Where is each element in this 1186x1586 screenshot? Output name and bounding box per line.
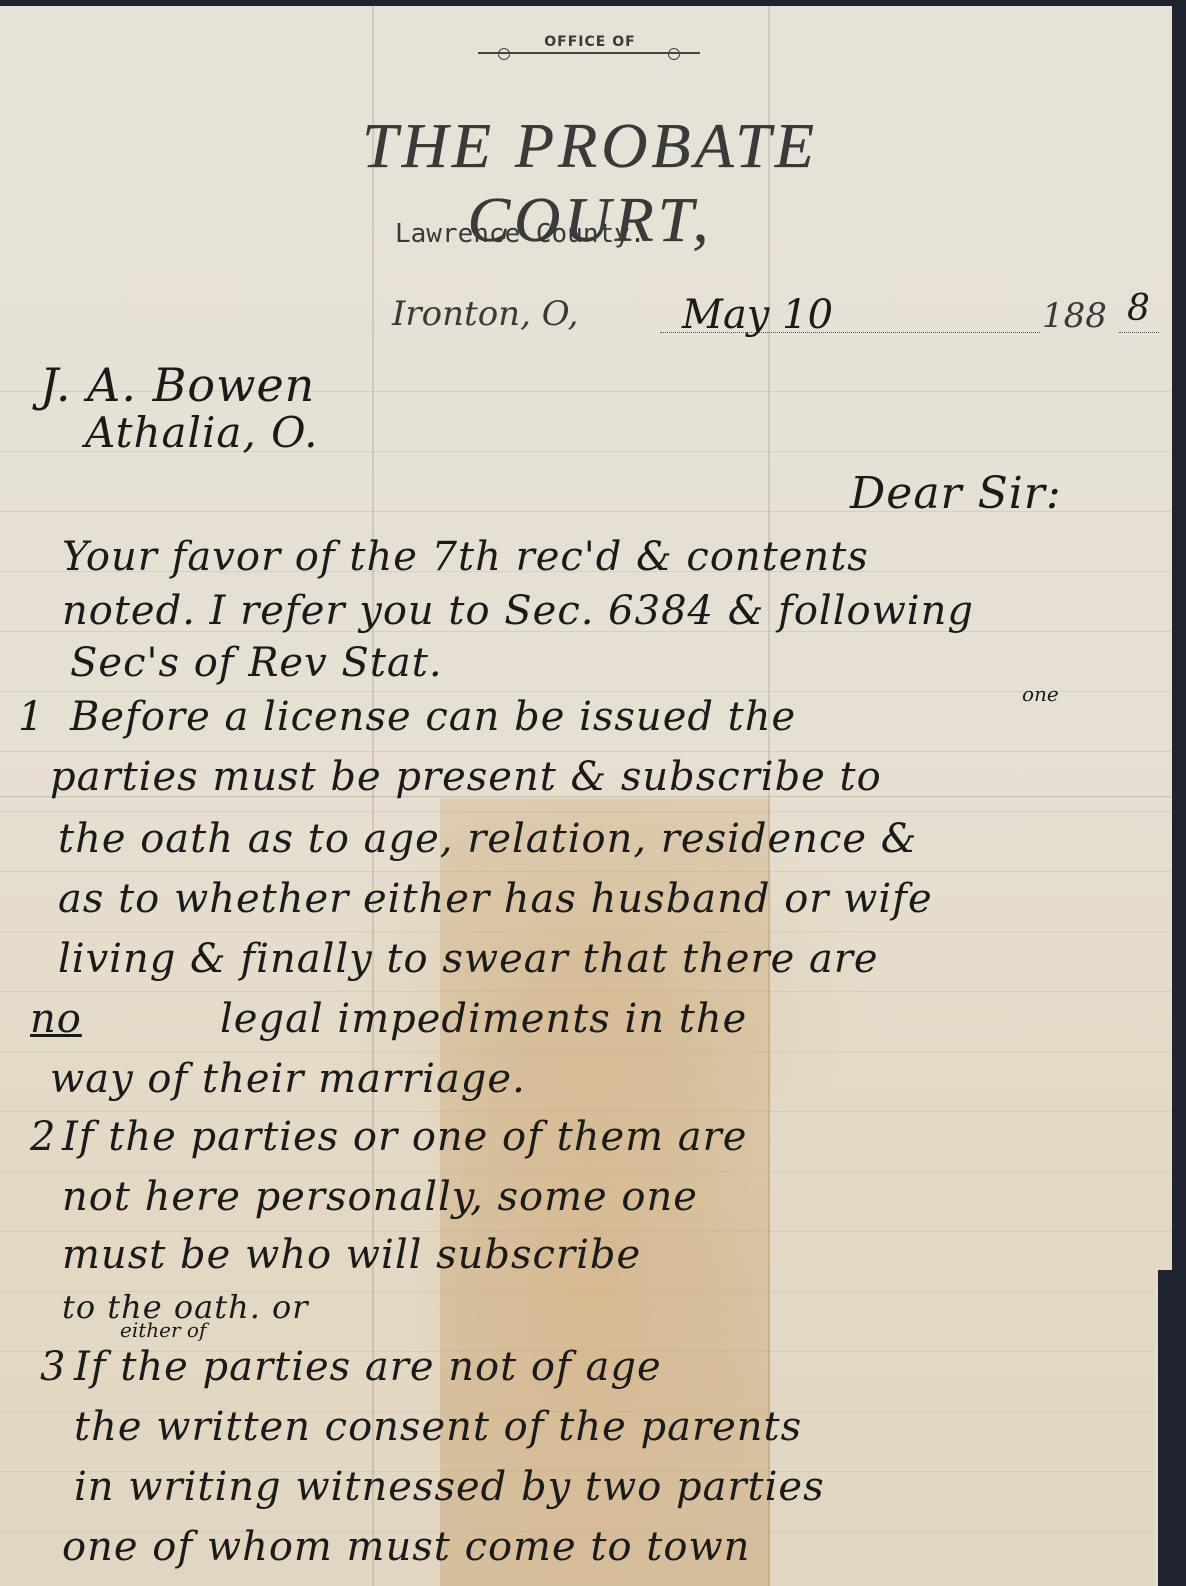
- salutation: Dear Sir:: [850, 468, 1062, 519]
- letterhead-county: Lawrence County.: [395, 219, 795, 249]
- letterhead-flourish-icon: [478, 52, 700, 54]
- item-emphasis: no: [30, 996, 82, 1042]
- dateline: Ironton, O, May 10 188 8: [392, 294, 1162, 344]
- dateline-place: Ironton, O,: [392, 294, 578, 334]
- letterhead-office-of: OFFICE OF: [480, 34, 700, 50]
- item-line: the oath as to age, relation, residence …: [58, 816, 917, 862]
- dateline-year-suffix: 8: [1127, 288, 1150, 329]
- item-line: in writing witnessed by two parties: [74, 1464, 825, 1510]
- item-line: not here personally, some one: [62, 1174, 698, 1220]
- body-line: Sec's of Rev Stat.: [70, 640, 443, 686]
- item-line: legal impediments in the: [220, 996, 747, 1042]
- item-line: If the parties or one of them are: [62, 1114, 747, 1160]
- item-line: If the parties are not of age: [74, 1344, 662, 1390]
- letter-page: OFFICE OF THE PROBATE COURT, Lawrence Co…: [0, 6, 1172, 1586]
- item-line: parties must be present & subscribe to: [50, 754, 882, 800]
- item-line: as to whether either has husband or wife: [58, 876, 933, 922]
- item-insert: either of: [120, 1318, 206, 1342]
- recipient-name: J. A. Bowen: [40, 358, 315, 412]
- item-line: one of whom must come to town: [62, 1524, 750, 1570]
- item-line: way of their marriage.: [50, 1056, 526, 1102]
- item-number: 2: [30, 1114, 56, 1160]
- item-number: 1: [18, 694, 44, 740]
- dateline-year-prefix: 188: [1042, 296, 1107, 336]
- body-line: Your favor of the 7th rec'd & contents: [62, 534, 869, 580]
- item-line: must be who will subscribe: [62, 1232, 641, 1278]
- dateline-month-day: May 10: [682, 292, 833, 338]
- body-line: noted. I refer you to Sec. 6384 & follow…: [62, 588, 974, 634]
- item-line: the written consent of the parents: [74, 1404, 802, 1450]
- item-number: 3: [40, 1344, 66, 1390]
- page-edge-background: [1154, 1270, 1186, 1586]
- item-insert: one: [1022, 682, 1059, 706]
- recipient-location: Athalia, O.: [85, 408, 319, 457]
- item-line: living & finally to swear that there are: [58, 936, 879, 982]
- item-line: Before a license can be issued the: [70, 694, 796, 740]
